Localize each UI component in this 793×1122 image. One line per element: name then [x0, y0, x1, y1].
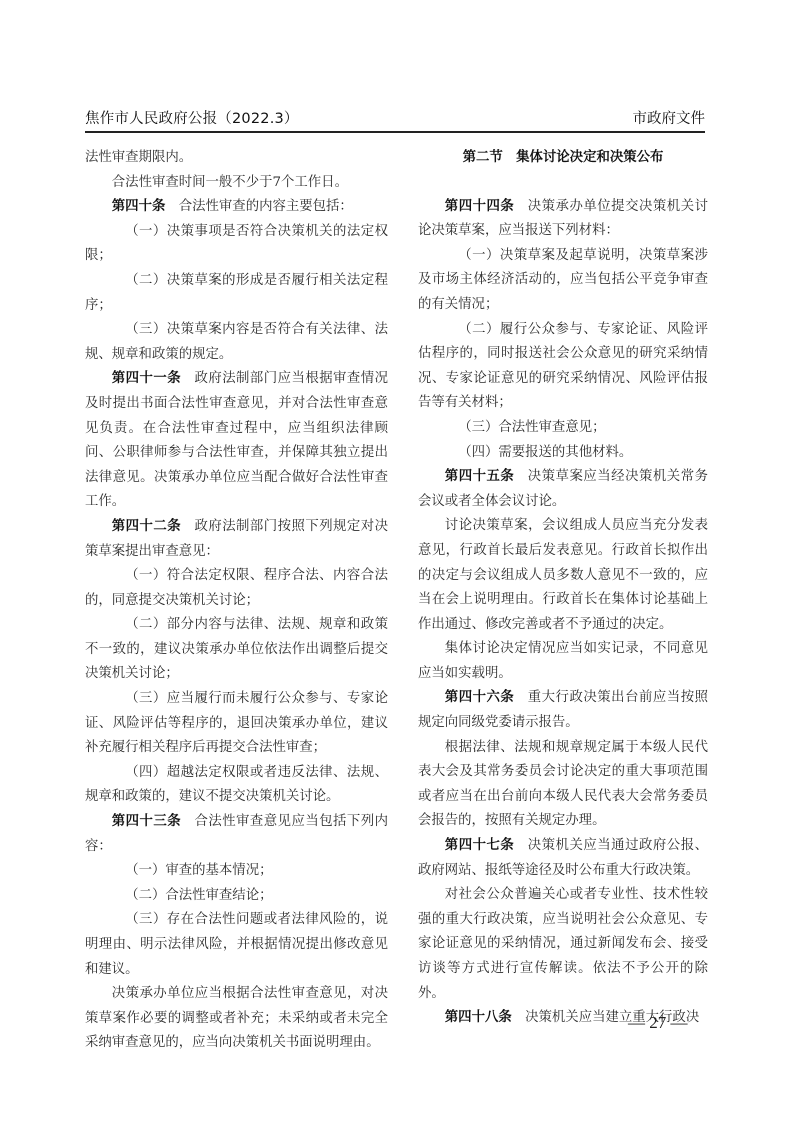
article-label: 第四十一条 [112, 371, 181, 386]
article-text: 合法性审查的内容主要包括： [179, 199, 353, 214]
body-paragraph: （一）决策草案及起草说明，决策草案涉及市场主体经济活动的，应当包括公平竞争审查的… [418, 244, 708, 318]
article-paragraph: 第四十四条决策承办单位提交决策机关讨论决策草案，应当报送下列材料： [418, 195, 708, 244]
left-column: 法性审查期限内。合法性审查时间一般不少于7个工作日。第四十条合法性审查的内容主要… [85, 146, 388, 1056]
article-paragraph: 第四十七条决策机关应当通过政府公报、政府网站、报纸等途径及时公布重大行政决策。 [418, 834, 708, 883]
article-paragraph: 第四十六条重大行政决策出台前应当按照规定向同级党委请示报告。 [418, 686, 708, 735]
body-paragraph: 决策承办单位应当根据合法性审查意见，对决策草案作必要的调整或者补充；未采纳或者未… [85, 982, 388, 1056]
body-paragraph: （三）合法性审查意见； [418, 416, 708, 441]
body-paragraph: （四）超越法定权限或者违反法律、法规、规章和政策的，建议不提交决策机关讨论。 [85, 761, 388, 810]
body-paragraph: 对社会公众普遍关心或者专业性、技术性较强的重大行政决策，应当说明社会公众意见、专… [418, 883, 708, 1006]
article-paragraph: 第四十一条政府法制部门应当根据审查情况及时提出书面合法性审查意见，并对合法性审查… [85, 367, 388, 515]
body-paragraph: （三）应当履行而未履行公众参与、专家论证、风险评估等程序的，退回决策承办单位，建… [85, 687, 388, 761]
body-paragraph: （二）部分内容与法律、法规、规章和政策不一致的，建议决策承办单位依法作出调整后提… [85, 613, 388, 687]
article-label: 第四十八条 [445, 1010, 512, 1025]
document-category: 市政府文件 [633, 107, 706, 128]
body-paragraph: 根据法律、法规和规章规定属于本级人民代表大会及其常务委员会讨论决定的重大事项范围… [418, 736, 708, 834]
article-label: 第四十四条 [445, 199, 515, 214]
body-paragraph: 法性审查期限内。 [85, 146, 388, 171]
publication-title: 焦作市人民政府公报（2022.3） [85, 107, 299, 128]
body-paragraph: （二）决策草案的形成是否履行相关法定程序； [85, 269, 388, 318]
body-paragraph: （三）存在合法性问题或者法律风险的，说明理由、明示法律风险，并根据情况提出修改意… [85, 908, 388, 982]
page-number: — 27 — [628, 1013, 688, 1033]
article-paragraph: 第四十条合法性审查的内容主要包括： [85, 195, 388, 220]
right-column-body: 第四十四条决策承办单位提交决策机关讨论决策草案，应当报送下列材料：（一）决策草案… [418, 195, 708, 1031]
article-label: 第四十三条 [112, 814, 181, 829]
body-paragraph: （四）需要报送的其他材料。 [418, 441, 708, 466]
body-paragraph: 合法性审查时间一般不少于7个工作日。 [85, 171, 388, 196]
body-paragraph: （三）决策草案内容是否符合有关法律、法规、规章和政策的规定。 [85, 318, 388, 367]
body-paragraph: （二）履行公众参与、专家论证、风险评估程序的，同时报送社会公众意见的研究采纳情况… [418, 318, 708, 416]
header-rule [85, 131, 705, 133]
body-paragraph: （一）审查的基本情况； [85, 859, 388, 884]
article-label: 第四十条 [112, 199, 166, 214]
section-title: 第二节 集体讨论决定和决策公布 [418, 146, 708, 171]
article-label: 第四十六条 [445, 690, 515, 705]
article-paragraph: 第四十五条决策草案应当经决策机关常务会议或者全体会议讨论。 [418, 465, 708, 514]
article-paragraph: 第四十三条合法性审查意见应当包括下列内容： [85, 810, 388, 859]
body-paragraph: （一）决策事项是否符合决策机关的法定权限； [85, 220, 388, 269]
right-column: 第二节 集体讨论决定和决策公布 第四十四条决策承办单位提交决策机关讨论决策草案，… [418, 146, 708, 1031]
article-label: 第四十七条 [445, 838, 515, 853]
article-paragraph: 第四十二条政府法制部门按照下列规定对决策草案提出审查意见： [85, 515, 388, 564]
article-label: 第四十二条 [112, 519, 181, 534]
body-paragraph: 讨论决策草案，会议组成人员应当充分发表意见，行政首长最后发表意见。行政首长拟作出… [418, 514, 708, 637]
article-label: 第四十五条 [445, 469, 515, 484]
body-paragraph: （二）合法性审查结论； [85, 884, 388, 909]
running-header: 焦作市人民政府公报（2022.3） 市政府文件 [85, 107, 705, 129]
article-text: 政府法制部门应当根据审查情况及时提出书面合法性审查意见，并对合法性审查意见负责。… [85, 371, 388, 509]
body-paragraph: （一）符合法定权限、程序合法、内容合法的，同意提交决策机关讨论； [85, 564, 388, 613]
body-paragraph: 集体讨论决定情况应当如实记录，不同意见应当如实载明。 [418, 637, 708, 686]
